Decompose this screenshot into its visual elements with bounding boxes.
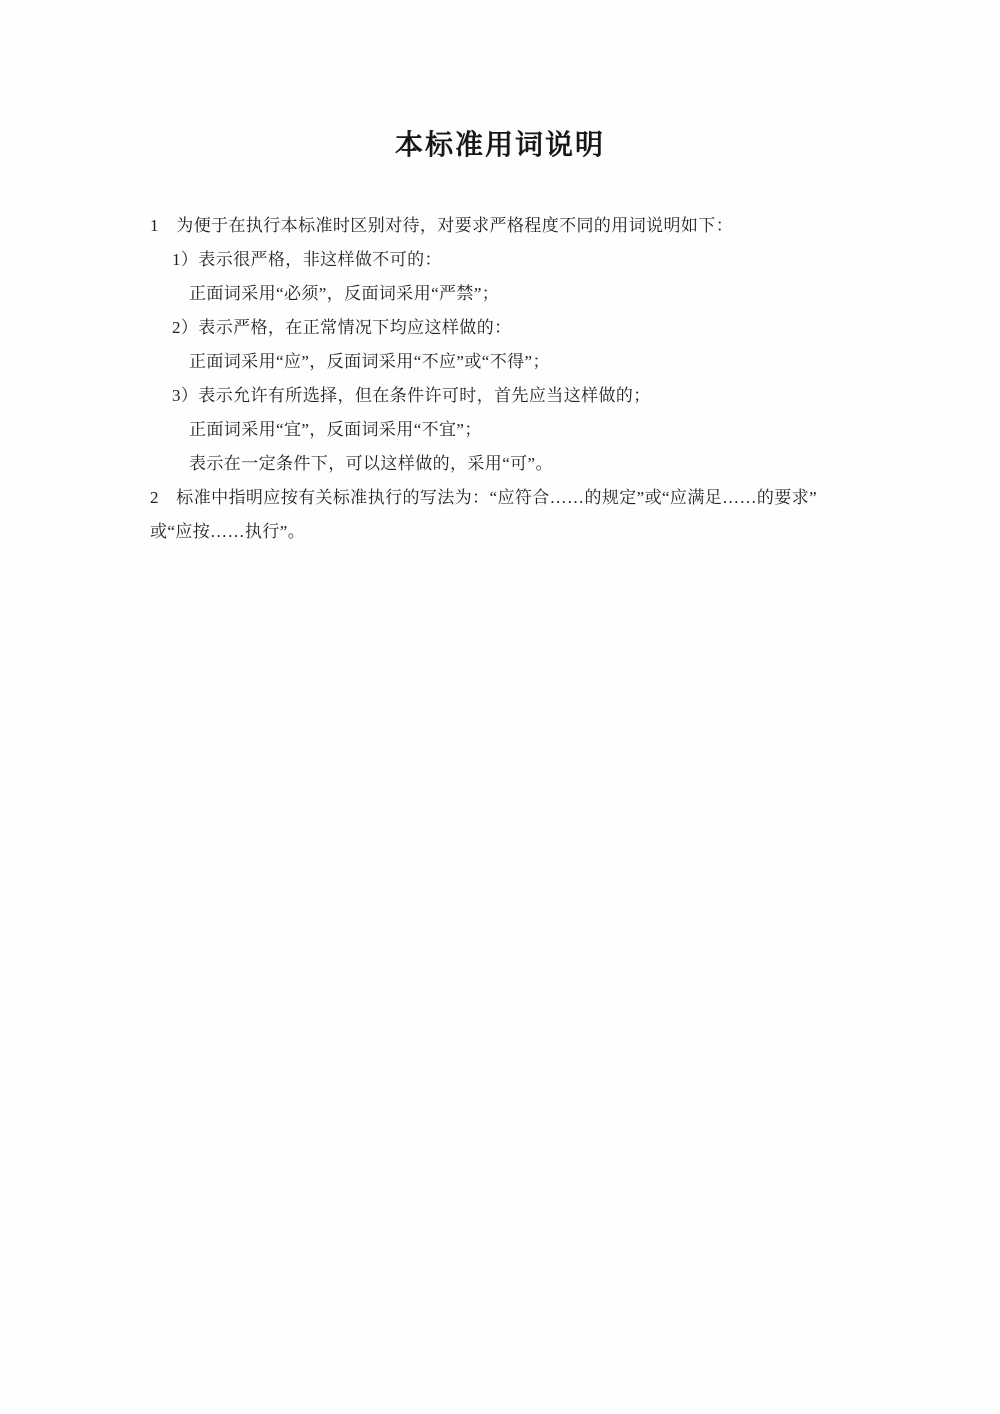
- body-line: 3）表示允许有所选择，但在条件许可时，首先应当这样做的；: [150, 379, 890, 413]
- page-title: 本标准用词说明: [0, 0, 1000, 165]
- body-line: 正面词采用“应”，反面词采用“不应”或“不得”；: [150, 345, 890, 379]
- body-line: 1）表示很严格，非这样做不可的：: [150, 243, 890, 277]
- body-line: 正面词采用“必须”，反面词采用“严禁”；: [150, 277, 890, 311]
- body-line: 或“应按……执行”。: [150, 515, 890, 549]
- body-text: 1 为便于在执行本标准时区别对待，对要求严格程度不同的用词说明如下： 1）表示很…: [150, 209, 890, 549]
- body-line: 表示在一定条件下，可以这样做的，采用“可”。: [150, 447, 890, 481]
- body-line: 2 标准中指明应按有关标准执行的写法为：“应符合……的规定”或“应满足……的要求…: [150, 481, 890, 515]
- body-line: 1 为便于在执行本标准时区别对待，对要求严格程度不同的用词说明如下：: [150, 209, 890, 243]
- document-page: 本标准用词说明 1 为便于在执行本标准时区别对待，对要求严格程度不同的用词说明如…: [0, 0, 1000, 1414]
- body-line: 正面词采用“宜”，反面词采用“不宜”；: [150, 413, 890, 447]
- body-line: 2）表示严格，在正常情况下均应这样做的：: [150, 311, 890, 345]
